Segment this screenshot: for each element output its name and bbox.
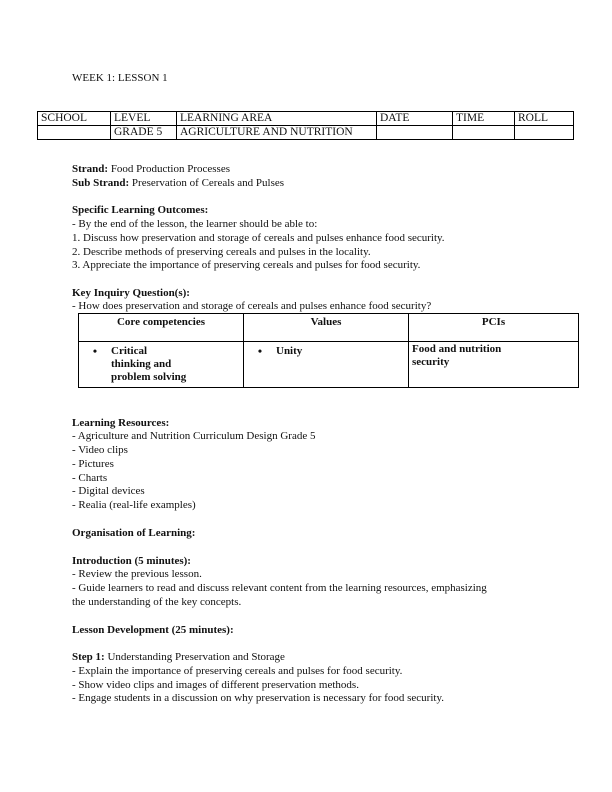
- resource-item: - Realia (real-life examples): [72, 499, 196, 512]
- header-table-head-row: SCHOOL LEVEL LEARNING AREA DATE TIME ROL…: [38, 112, 574, 126]
- col-level: LEVEL: [111, 112, 177, 126]
- col-learning-area: LEARNING AREA: [177, 112, 377, 126]
- core-competency-cell: • Critical thinking and problem solving: [79, 342, 244, 388]
- col-date: DATE: [377, 112, 453, 126]
- step-1-item: - Engage students in a discussion on why…: [72, 692, 444, 705]
- resource-item: - Agriculture and Nutrition Curriculum D…: [72, 430, 315, 443]
- cell-school: [38, 126, 111, 140]
- strand-label: Strand:: [72, 163, 108, 175]
- lesson-header-table: SCHOOL LEVEL LEARNING AREA DATE TIME ROL…: [37, 111, 574, 140]
- cell-roll: [515, 126, 574, 140]
- introduction-heading: Introduction (5 minutes):: [72, 555, 191, 568]
- col-pcis: PCIs: [409, 314, 579, 342]
- step-1-item: - Show video clips and images of differe…: [72, 679, 359, 692]
- col-school: SCHOOL: [38, 112, 111, 126]
- cell-level: GRADE 5: [111, 126, 177, 140]
- bullet-icon: •: [79, 345, 111, 384]
- step-1-item: - Explain the importance of preserving c…: [72, 665, 402, 678]
- bullet-icon: •: [244, 345, 276, 358]
- strand-value: Food Production Processes: [111, 163, 230, 175]
- introduction-item: - Review the previous lesson.: [72, 568, 202, 581]
- cell-learning-area: AGRICULTURE AND NUTRITION: [177, 126, 377, 140]
- step-1-label: Step 1:: [72, 651, 105, 663]
- value-text: Unity: [276, 345, 302, 358]
- step-1-title: Understanding Preservation and Storage: [107, 651, 284, 663]
- col-time: TIME: [453, 112, 515, 126]
- inquiry-heading: Key Inquiry Question(s):: [72, 287, 190, 300]
- resource-item: - Charts: [72, 472, 107, 485]
- step-1: Step 1: Understanding Preservation and S…: [72, 651, 285, 664]
- competency-table-row: • Critical thinking and problem solving …: [79, 342, 579, 388]
- outcome-item: - By the end of the lesson, the learner …: [72, 218, 317, 231]
- resource-item: - Pictures: [72, 458, 114, 471]
- outcomes-heading: Specific Learning Outcomes:: [72, 204, 208, 217]
- resources-heading: Learning Resources:: [72, 417, 169, 430]
- resource-item: - Video clips: [72, 444, 128, 457]
- competency-table: Core competencies Values PCIs • Critical…: [78, 313, 579, 388]
- outcome-item: 3. Appreciate the importance of preservi…: [72, 259, 420, 272]
- col-core-competencies: Core competencies: [79, 314, 244, 342]
- development-heading: Lesson Development (25 minutes):: [72, 624, 234, 637]
- col-values: Values: [244, 314, 409, 342]
- col-roll: ROLL: [515, 112, 574, 126]
- resource-item: - Digital devices: [72, 485, 145, 498]
- outcome-item: 1. Discuss how preservation and storage …: [72, 232, 445, 245]
- sub-strand-label: Sub Strand:: [72, 177, 129, 189]
- organisation-heading: Organisation of Learning:: [72, 527, 195, 540]
- header-table-row: GRADE 5 AGRICULTURE AND NUTRITION: [38, 126, 574, 140]
- value-cell: • Unity: [244, 342, 409, 388]
- cell-time: [453, 126, 515, 140]
- pci-cell: Food and nutrition security: [409, 342, 579, 388]
- introduction-item: - Guide learners to read and discuss rel…: [72, 582, 487, 595]
- sub-strand: Sub Strand: Preservation of Cereals and …: [72, 177, 284, 190]
- lesson-title: WEEK 1: LESSON 1: [72, 72, 168, 85]
- cell-date: [377, 126, 453, 140]
- introduction-item: the understanding of the key concepts.: [72, 596, 241, 609]
- strand: Strand: Food Production Processes: [72, 163, 230, 176]
- competency-table-head: Core competencies Values PCIs: [79, 314, 579, 342]
- sub-strand-value: Preservation of Cereals and Pulses: [132, 177, 284, 189]
- inquiry-question: - How does preservation and storage of c…: [72, 300, 431, 313]
- outcome-item: 2. Describe methods of preserving cereal…: [72, 246, 371, 259]
